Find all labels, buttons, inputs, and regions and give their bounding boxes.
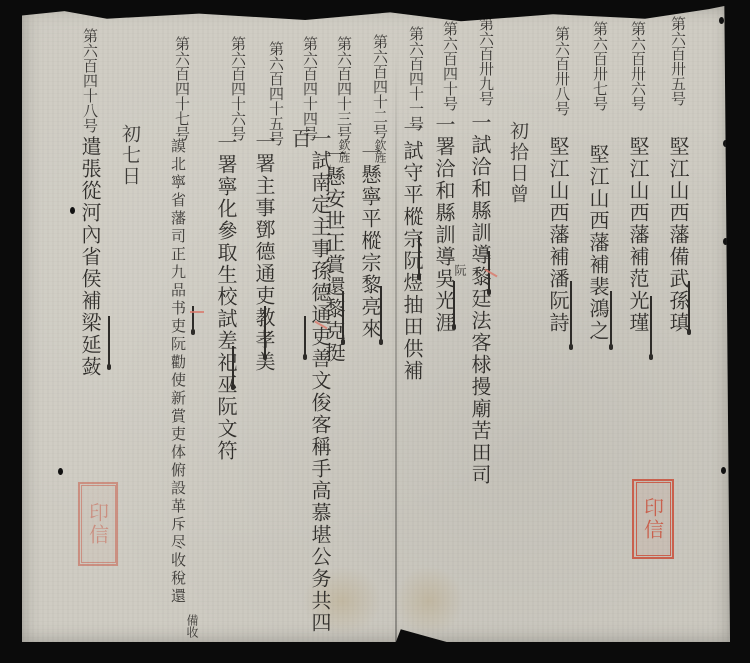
register-number-639: 第六百卅九号 [478,16,493,106]
marginal-annotation: 備收 [186,614,198,638]
date-marker-tenth: 初拾日曾 [508,121,527,205]
entry-bracket [374,286,382,343]
entry-bracket [336,291,344,343]
entry-text-646: 一署寧化參取生校試差祀巫阮文符 [216,132,236,462]
entry-bracket [604,291,612,348]
register-number-646: 第六百四十六号 [230,36,245,141]
seal-text: 印信 [636,482,671,556]
entry-text-639: 一試洽和縣訓導黎廷法客梂摱廟苦田司 [470,112,490,486]
register-number-648: 第六百四十八号 [82,28,97,133]
seal-text: 印信 [81,485,116,563]
binding-hole [70,207,75,214]
entry-bracket [412,236,420,278]
entry-bracket [447,281,455,328]
entry-bracket [298,316,306,358]
register-number-635: 第六百卅五号 [670,16,685,106]
manuscript-sheet: 第六百卅五号 堅江山西藩備武孫瑱 第六百卅六号 堅江山西藩補范光瑾 第六百卅七号… [22,6,730,642]
entry-text-648: 遣張從河內省侯補梁延蔹 [80,136,100,378]
register-number-638: 第六百卅八号 [554,26,569,116]
register-number-644: 第六百四十四号 [302,36,317,141]
register-number-643: 第六百四十三号 [336,36,351,141]
entry-text-644: 一試南定主事孫德通吏善文俊客稱手高慕堪公务共四百 [290,128,330,642]
register-number-647: 第六百四十七号 [174,36,189,141]
red-seal-stamp-faded: 印信 [78,482,118,566]
marginal-annotation: 阮 [454,264,466,276]
binding-hole [719,17,724,24]
entry-bracket [644,296,652,358]
binding-hole [721,467,726,474]
register-number-637: 第六百卅七号 [592,21,607,111]
register-number-641: 第六百四十一号 [408,26,423,131]
binding-hole [723,238,728,245]
date-marker-seventh: 初七日 [120,124,139,187]
binding-hole [723,140,728,147]
entry-bracket [102,316,110,368]
red-seal-stamp: 印信 [632,479,674,559]
register-number-640: 第六百四十号 [442,21,457,111]
red-correction-mark [190,311,204,313]
entry-bracket [226,346,234,388]
register-number-642: 第六百四十二号 [372,34,387,139]
water-stain [394,566,464,636]
entry-bracket [258,306,266,358]
entry-bracket [564,281,572,348]
register-number-636: 第六百卅六号 [630,21,645,111]
entry-text-647: 謨北寧省藩司正九品书吏阮勸使新賞吏体俯設革斥尽收稅還 [170,138,185,606]
paper-fold-line [395,46,397,646]
entry-bracket [682,281,690,333]
binding-hole [58,468,63,475]
